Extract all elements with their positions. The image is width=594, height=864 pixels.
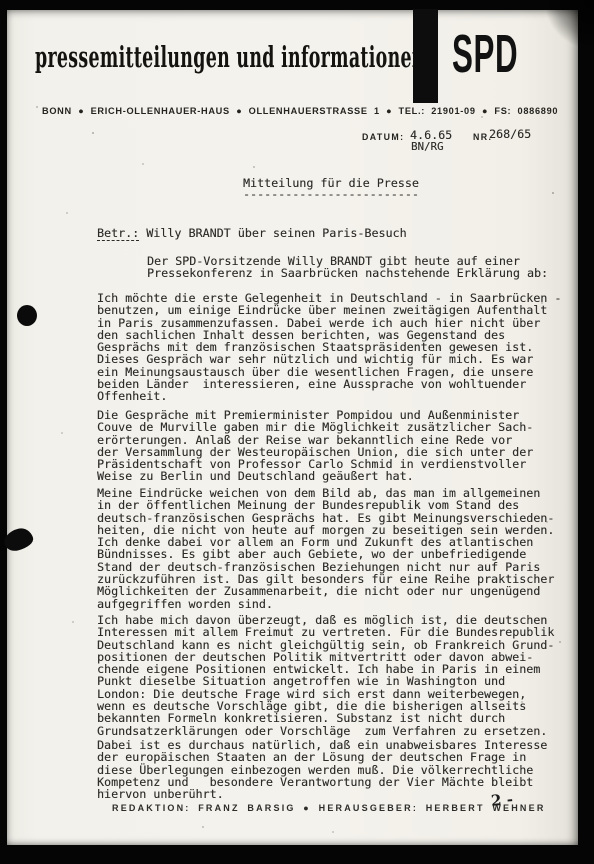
- press-title-underline: -------------------------: [243, 188, 419, 200]
- spd-logo: SPD: [452, 27, 518, 81]
- ref-code: BN/RG: [411, 141, 444, 153]
- scan-corner-shadow: [546, 0, 594, 46]
- body-paragraph-5: Dabei ist es durchaus natürlich, daß ein…: [97, 739, 587, 800]
- hole-punch-top: [17, 305, 37, 326]
- scan-dust-specks: [0, 0, 2, 2]
- body-paragraph-2: Die Gespräche mit Premierminister Pompid…: [97, 409, 587, 483]
- datum-label: DATUM:: [362, 132, 404, 142]
- subject-line: Betr.: Willy BRANDT über seinen Paris-Be…: [97, 227, 407, 239]
- masthead-title: pressemitteilungen und informationen: [35, 40, 425, 74]
- footer-imprint: REDAKTION: FRANZ BARSIG ● HERAUSGEBER: H…: [112, 803, 546, 813]
- subject-label: Betr.:: [97, 226, 139, 241]
- intro-paragraph: Der SPD-Vorsitzende Willy BRANDT gibt he…: [147, 255, 587, 280]
- document-scan: pressemitteilungen und informationen SPD…: [0, 0, 594, 864]
- address-line: BONN ● ERICH-OLLENHAUER-HAUS ● OLLENHAUE…: [42, 106, 558, 116]
- body-paragraph-3: Meine Eindrücke weichen von dem Bild ab,…: [97, 487, 587, 610]
- body-paragraph-4: Ich habe mich davon überzeugt, daß es mö…: [97, 614, 587, 737]
- body-paragraph-1: Ich möchte die erste Gelegenheit in Deut…: [97, 292, 587, 403]
- logo-divider-bar: [413, 9, 438, 103]
- handwritten-page-note: 2 -: [490, 790, 513, 810]
- nr-value: 268/65: [489, 128, 531, 140]
- subject-text: Willy BRANDT über seinen Paris-Besuch: [139, 226, 406, 240]
